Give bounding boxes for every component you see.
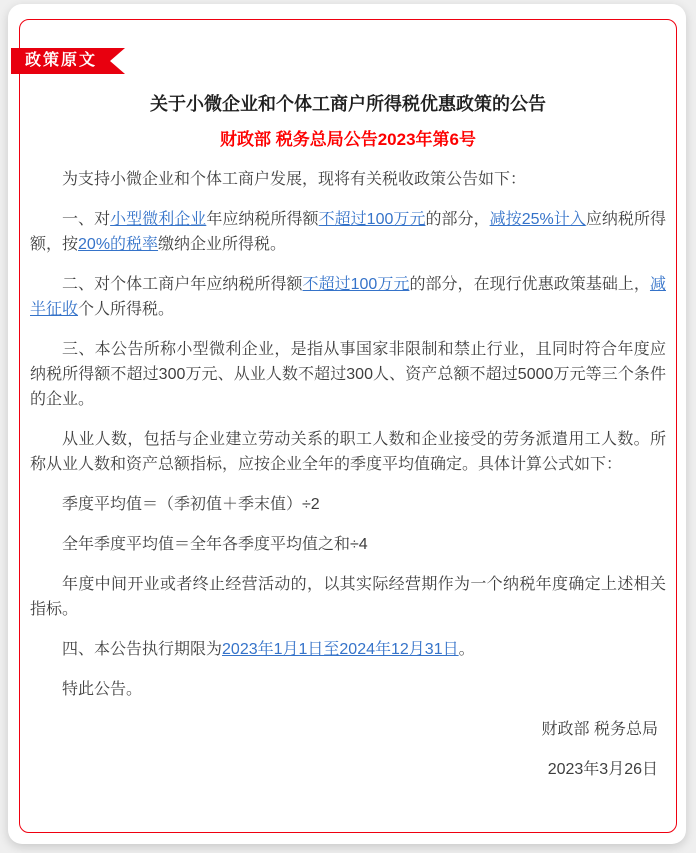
paragraph: 二、对个体工商户年应纳税所得额不超过100万元的部分，在现行优惠政策基础上，减半… [30, 272, 666, 322]
page-background: { "theme": { "ribbon_red": "#e8000f", "b… [0, 0, 696, 853]
policy-link[interactable]: 减按25%计入 [490, 211, 586, 228]
paragraph: 2023年3月26日 [30, 757, 666, 782]
text-segment: 年度中间开业或者终止经营活动的，以其实际经营期作为一个纳税年度确定上述相关指标。 [30, 576, 666, 618]
text-segment: 为支持小微企业和个体工商户发展，现将有关税收政策公告如下： [62, 171, 526, 188]
doc-title: 关于小微企业和个体工商户所得税优惠政策的公告 [30, 92, 666, 116]
paragraph: 季度平均值＝（季初值＋季末值）÷2 [30, 492, 666, 517]
paragraph: 从业人数，包括与企业建立劳动关系的职工人数和企业接受的劳务派遣用工人数。所称从业… [30, 427, 666, 477]
policy-ribbon: 政策原文 [11, 48, 125, 74]
paragraph: 财政部 税务总局 [30, 717, 666, 742]
policy-link[interactable]: 2023年1月1日至2024年12月31日 [222, 641, 459, 658]
text-segment: 缴纳企业所得税。 [158, 236, 286, 253]
policy-link[interactable]: 20%的税率 [78, 236, 158, 253]
text-segment: 四、本公告执行期限为 [62, 641, 222, 658]
paragraph: 全年季度平均值＝全年各季度平均值之和÷4 [30, 532, 666, 557]
text-segment: 从业人数，包括与企业建立劳动关系的职工人数和企业接受的劳务派遣用工人数。所称从业… [30, 431, 666, 473]
text-segment: 一、对 [62, 211, 110, 228]
text-segment: 全年季度平均值＝全年各季度平均值之和÷4 [62, 536, 368, 553]
paragraph: 四、本公告执行期限为2023年1月1日至2024年12月31日。 [30, 637, 666, 662]
text-segment: 季度平均值＝（季初值＋季末值）÷2 [62, 496, 320, 513]
text-segment: 的部分， [425, 211, 489, 228]
text-segment: 年应纳税所得额 [206, 211, 318, 228]
paragraph: 一、对小型微利企业年应纳税所得额不超过100万元的部分，减按25%计入应纳税所得… [30, 207, 666, 257]
text-segment: 的部分，在现行优惠政策基础上， [409, 276, 650, 293]
text-segment: 个人所得税。 [78, 301, 174, 318]
paragraph: 为支持小微企业和个体工商户发展，现将有关税收政策公告如下： [30, 167, 666, 192]
policy-link[interactable]: 小型微利企业 [110, 211, 206, 228]
paragraph: 三、本公告所称小型微利企业，是指从事国家非限制和禁止行业，且同时符合年度应纳税所… [30, 337, 666, 412]
text-segment: 特此公告。 [62, 681, 142, 698]
text-segment: 二、对个体工商户年应纳税所得额 [62, 276, 303, 293]
ribbon-label: 政策原文 [25, 52, 97, 69]
document: 关于小微企业和个体工商户所得税优惠政策的公告 财政部 税务总局公告2023年第6… [30, 92, 666, 797]
doc-body: 为支持小微企业和个体工商户发展，现将有关税收政策公告如下：一、对小型微利企业年应… [30, 167, 666, 782]
paragraph: 特此公告。 [30, 677, 666, 702]
policy-link[interactable]: 不超过100万元 [303, 276, 410, 293]
content-card: 政策原文 关于小微企业和个体工商户所得税优惠政策的公告 财政部 税务总局公告20… [8, 4, 686, 844]
text-segment: 三、本公告所称小型微利企业，是指从事国家非限制和禁止行业，且同时符合年度应纳税所… [30, 341, 666, 408]
text-segment: 2023年3月26日 [548, 761, 658, 778]
text-segment: 。 [459, 641, 475, 658]
paragraph: 年度中间开业或者终止经营活动的，以其实际经营期作为一个纳税年度确定上述相关指标。 [30, 572, 666, 622]
text-segment: 财政部 税务总局 [542, 721, 658, 738]
policy-link[interactable]: 不超过100万元 [319, 211, 426, 228]
doc-number: 财政部 税务总局公告2023年第6号 [30, 129, 666, 151]
